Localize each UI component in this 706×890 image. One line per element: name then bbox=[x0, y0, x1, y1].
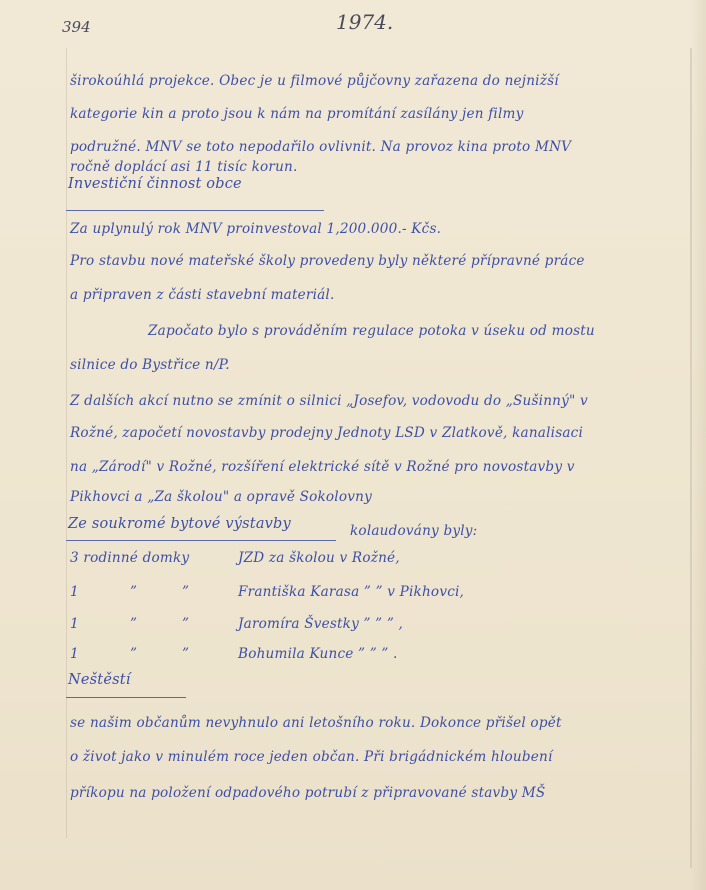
row-ditto-type: ” bbox=[182, 584, 189, 600]
text-line: o život jako v minulém roce jeden občan.… bbox=[70, 748, 553, 766]
row-owner: Františka Karasa ” ” v Pikhovci, bbox=[238, 584, 464, 600]
text-line: silnice do Bystřice n/P. bbox=[70, 356, 230, 374]
row-ditto-type: ” bbox=[182, 646, 189, 662]
text-line: Za uplynulý rok MNV proinvestoval 1,200.… bbox=[70, 220, 441, 238]
section-heading-accidents: Neštěstí bbox=[68, 672, 131, 688]
heading-underline bbox=[66, 697, 186, 698]
row-ditto-unit: ” bbox=[130, 646, 137, 662]
row-owner: JZD za školou v Rožné, bbox=[238, 550, 400, 566]
heading-suffix: kolaudovány byly: bbox=[350, 522, 477, 540]
row-count: 1 bbox=[70, 616, 79, 632]
page-number: 394 bbox=[62, 18, 91, 36]
section-heading-investment: Investiční činnost obce bbox=[68, 176, 242, 192]
right-margin-line bbox=[690, 48, 692, 868]
text-line: kategorie kin a proto jsou k nám na prom… bbox=[70, 105, 524, 123]
row-ditto-unit: ” bbox=[130, 616, 137, 632]
left-margin-line bbox=[66, 48, 67, 838]
text-line: širokoúhlá projekce. Obec je u filmové p… bbox=[70, 72, 559, 90]
text-line: podružné. MNV se toto nepodařilo ovlivni… bbox=[70, 138, 571, 156]
text-line: ročně doplácí asi 11 tisíc korun. bbox=[70, 158, 298, 176]
row-count: 1 bbox=[70, 584, 79, 600]
text-line: Z dalších akcí nutno se zmínit o silnici… bbox=[70, 392, 588, 410]
row-owner: Bohumila Kunce ” ” ” . bbox=[238, 646, 398, 662]
text-line: Pikhovci a „Za školou" a opravě Sokolovn… bbox=[70, 488, 372, 506]
text-line: Rožné, započetí novostavby prodejny Jedn… bbox=[70, 424, 583, 442]
row-count: 3 rodinné domky bbox=[70, 550, 189, 566]
row-count: 1 bbox=[70, 646, 79, 662]
text-line: a připraven z části stavební materiál. bbox=[70, 286, 335, 304]
text-line: Pro stavbu nové mateřské školy provedeny… bbox=[70, 252, 585, 270]
row-owner: Jaromíra Švestky ” ” ” , bbox=[238, 616, 403, 632]
text-line: na „Zárodí" v Rožné, rozšíření elektrick… bbox=[70, 458, 575, 476]
row-ditto-unit: ” bbox=[130, 584, 137, 600]
row-ditto-type: ” bbox=[182, 616, 189, 632]
section-heading-housing: Ze soukromé bytové výstavby bbox=[68, 516, 291, 532]
chronicle-page: 394 1974. širokoúhlá projekce. Obec je u… bbox=[0, 0, 706, 890]
text-line: příkopu na položení odpadového potrubí z… bbox=[70, 784, 545, 802]
text-line: se našim občanům nevyhnulo ani letošního… bbox=[70, 714, 562, 732]
heading-underline bbox=[66, 540, 336, 541]
heading-underline bbox=[66, 210, 324, 211]
text-line: Započato bylo s prováděním regulace poto… bbox=[148, 322, 595, 340]
year-heading: 1974. bbox=[336, 10, 393, 34]
